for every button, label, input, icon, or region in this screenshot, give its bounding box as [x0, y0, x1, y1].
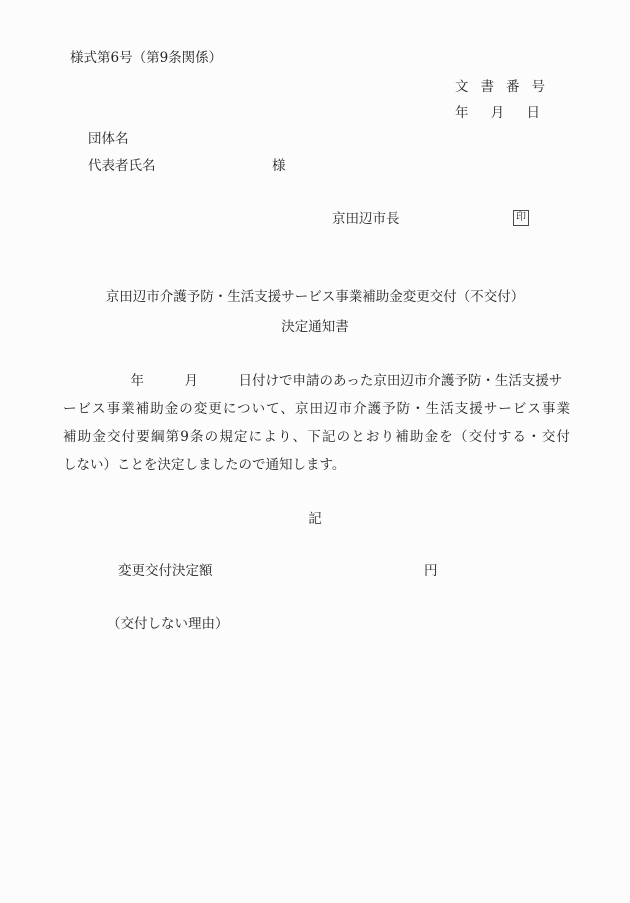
ki-marker: 記	[0, 513, 630, 527]
notice-title-line1: 京田辺市介護予防・生活支援サービス事業補助金変更交付（不交付）	[0, 291, 630, 305]
document-page: 様式第6号（第9条関係） 文 書 番 号 年 月 日 団体名 代表者氏名 様 京…	[0, 0, 630, 903]
body-line: しない）ことを決定しましたので通知します。	[63, 451, 570, 479]
mayor-name: 京田辺市長	[332, 213, 400, 227]
date-month-label: 月	[491, 107, 505, 121]
date-line: 年 月 日	[455, 107, 540, 121]
yen-unit-label: 円	[424, 565, 438, 579]
seal-mark: 印	[513, 210, 529, 226]
date-year-label: 年	[455, 107, 469, 121]
date-day-label: 日	[527, 107, 541, 121]
notice-title-line2: 決定通知書	[0, 321, 630, 335]
body-line: ービス事業補助金の変更について、京田辺市介護予防・生活支援サービス事業	[63, 395, 570, 423]
body-line: 補助金交付要綱第9条の規定により、下記のとおり補助金を（交付する・交付	[63, 423, 570, 451]
body-paragraph: 年 月 日付けで申請のあった京田辺市介護予防・生活支援サ ービス事業補助金の変更…	[63, 367, 570, 479]
doc-number-char: 文	[455, 81, 469, 95]
body-line: 年 月 日付けで申請のあった京田辺市介護予防・生活支援サ	[63, 367, 570, 395]
doc-number-line: 文 書 番 号	[455, 81, 545, 95]
form-number-label: 様式第6号（第9条関係）	[70, 52, 222, 66]
honorific-label: 様	[272, 160, 286, 174]
doc-number-char: 書	[481, 81, 495, 95]
doc-number-char: 号	[532, 81, 546, 95]
non-grant-reason-label: （交付しない理由）	[107, 618, 229, 632]
doc-number-char: 番	[506, 81, 520, 95]
representative-name-label: 代表者氏名	[88, 160, 156, 174]
organization-name-label: 団体名	[88, 133, 129, 147]
change-grant-amount-label: 変更交付決定額	[118, 565, 213, 579]
